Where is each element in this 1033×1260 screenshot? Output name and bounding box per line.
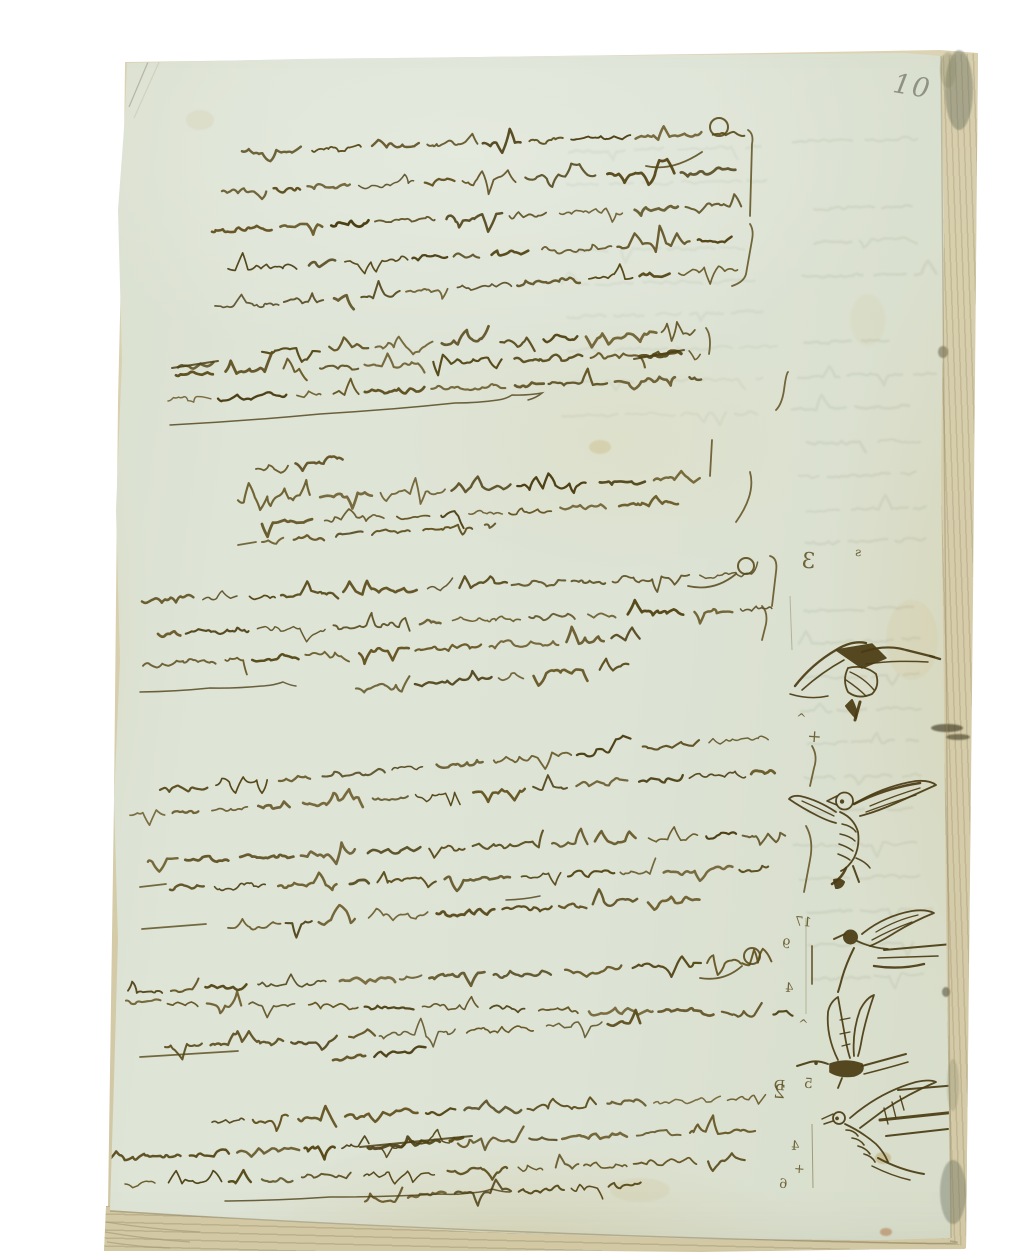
margin-numeral: 17	[794, 914, 812, 930]
corner-crease	[134, 60, 160, 118]
stacked-page-edge	[106, 1222, 200, 1232]
bird-sketch-wings-up-flap	[797, 995, 908, 1088]
margin-numeral: s	[855, 545, 862, 559]
margin-numeral: ^	[798, 1017, 809, 1032]
margin-numeral: 4	[785, 981, 794, 997]
paragraph-7	[126, 946, 812, 1060]
margin-numeral: 4	[791, 1139, 800, 1155]
leaf-ink: 32s^+1794^D54+6	[110, 60, 958, 1206]
paragraph-4	[140, 556, 776, 692]
corner-crease	[129, 62, 148, 107]
verso-show-through	[562, 137, 937, 989]
marginalia: 32s^+1794^D54+6	[773, 545, 862, 1192]
paragraph-1	[212, 118, 753, 309]
paragraph-3	[238, 440, 751, 545]
manuscript-photo: 10 32s^+1794^D54+6	[0, 0, 1033, 1260]
margin-numeral: 5	[803, 1076, 813, 1093]
stacked-page-edge	[107, 1242, 170, 1248]
margin-numeral: +	[793, 1162, 805, 1178]
margin-numeral: D	[773, 1078, 785, 1095]
margin-numeral: ^	[796, 711, 807, 726]
ink-layer: 32s^+1794^D54+6	[0, 0, 1033, 1260]
margin-numeral: 9	[782, 937, 791, 953]
bird-sketch-flying-wings-spread	[789, 781, 936, 888]
margin-numeral: +	[807, 727, 823, 748]
margin-numeral: 3	[801, 549, 817, 575]
mirror-handwriting	[110, 118, 816, 1206]
margin-numeral: 6	[779, 1177, 788, 1193]
paragraph-5	[130, 736, 816, 825]
stacked-page-edge	[105, 1232, 190, 1242]
bird-sketch-gliding-barred-body	[822, 1081, 958, 1181]
paragraph-2	[168, 322, 788, 425]
paragraph-6	[140, 826, 811, 938]
bird-sketch-swift-dark-head	[834, 910, 952, 992]
